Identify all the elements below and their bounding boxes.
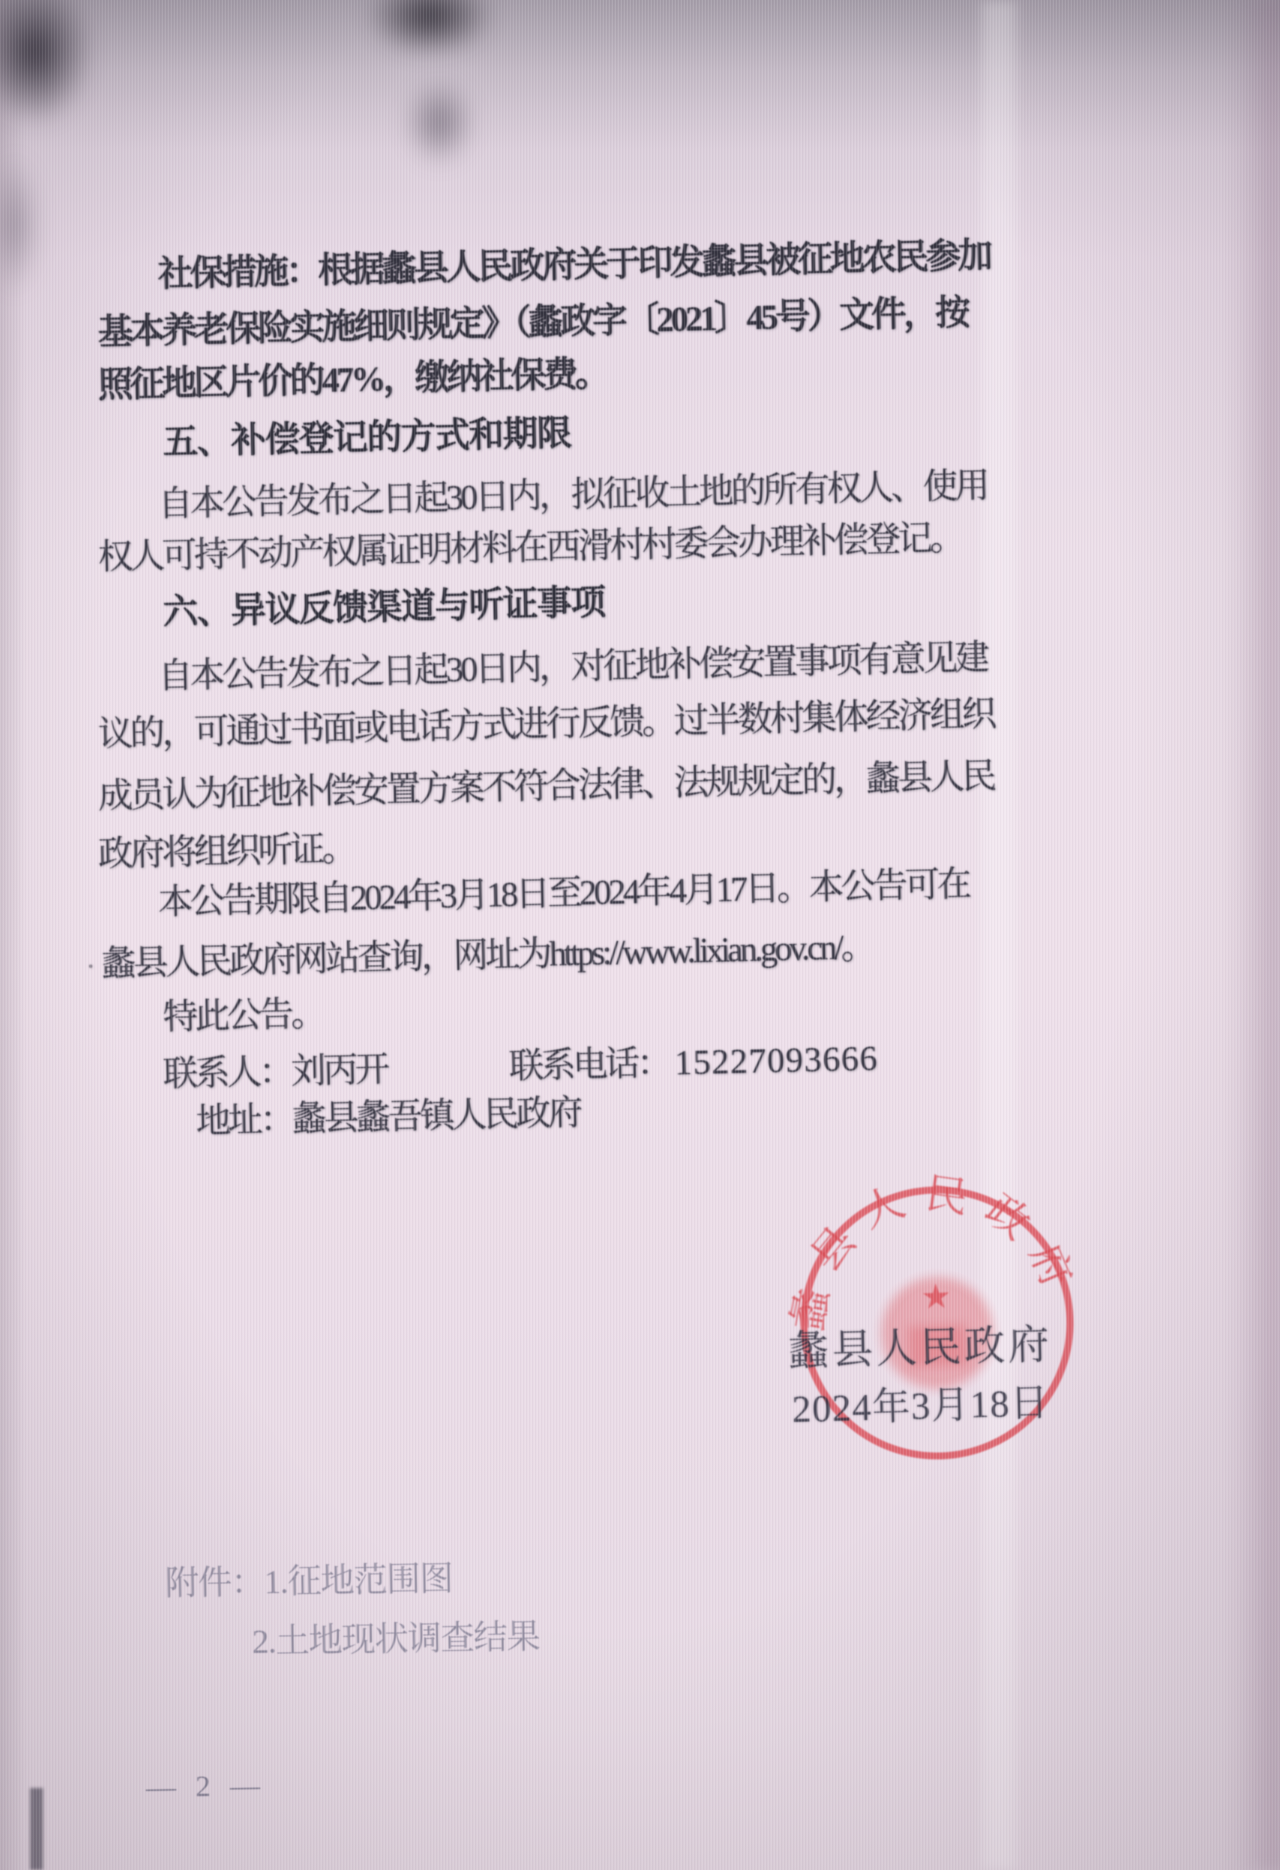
right-edge-shade <box>1238 0 1280 1870</box>
document-photo: 社保措施：根据蠡县人民政府关于印发蠡县被征地农民参加 基本养老保险实施细则规定》… <box>0 0 1280 1870</box>
body-line-obj-3: 成员认为征地补偿安置方案不符合法律、法规规定的，蠡县人民 <box>98 755 995 819</box>
page-number: — 2 — <box>146 1769 267 1805</box>
right-light-band <box>982 0 1016 1870</box>
body-line-social-3: 照征地区片价的47%，缴纳社保费。 <box>98 352 608 408</box>
body-line-obj-2: 议的，可通过书面或电话方式进行反馈。过半数村集体经济组织 <box>98 693 995 757</box>
photo-artifact-blob <box>392 62 487 182</box>
contact-person: 联系人：刘丙开 <box>163 1050 388 1094</box>
contact-line: 联系人：刘丙开联系电话： 15227093666 <box>163 1037 879 1097</box>
body-line-obj-1: 自本公告发布之日起30日内，对征地补偿安置事项有意见建 <box>158 636 988 699</box>
address-line: 地址：蠡县蠡吾镇人民政府 <box>196 1091 581 1144</box>
website-line-text: 蠡县人民政府网站查询，网址为https://www.lixian.gov.cn/… <box>101 927 873 983</box>
seal-authority-text: 蠡县人民政府 <box>787 1311 1052 1377</box>
star-icon: ★ <box>920 1278 952 1316</box>
attachment-line-1: 附件：1.征地范围图 <box>165 1551 453 1605</box>
body-line-obj-4: 政府将组织听证。 <box>98 827 355 877</box>
body-line-reg-1: 自本公告发布之日起30日内，拟征收土地的所有权人、使用 <box>158 464 988 527</box>
body-line-social-2: 基本养老保险实施细则规定》（蠡政字〔2021〕45号）文件，按 <box>98 291 968 355</box>
top-shade <box>0 0 1280 160</box>
body-line-reg-2: 权人可持不动产权属证明材料在西滑村村委会办理补偿登记。 <box>98 516 963 580</box>
body-line-website: ·蠡县人民政府网站查询，网址为https://www.lixian.gov.cn… <box>85 925 873 990</box>
photo-artifact-blob <box>0 130 50 320</box>
photo-artifact-bar <box>30 1788 43 1870</box>
body-line-social-1: 社保措施：根据蠡县人民政府关于印发蠡县被征地农民参加 <box>158 234 991 297</box>
stray-dot-artifact: · <box>86 952 96 983</box>
body-line-hereby: 特此公告。 <box>163 992 324 1040</box>
contact-phone-number: 15227093666 <box>674 1039 878 1083</box>
photo-artifact-blob <box>345 0 515 70</box>
attachment-line-2: 2.土地现状调查结果 <box>252 1609 540 1663</box>
section-heading-5: 五、补偿登记的方式和期限 <box>163 412 572 465</box>
contact-phone-label: 联系电话： <box>508 1044 669 1087</box>
contact-gap <box>387 1078 509 1081</box>
section-heading-6: 六、异议反馈渠道与听证事项 <box>163 581 606 635</box>
seal-date: 2024年3月18日 <box>791 1371 1049 1433</box>
